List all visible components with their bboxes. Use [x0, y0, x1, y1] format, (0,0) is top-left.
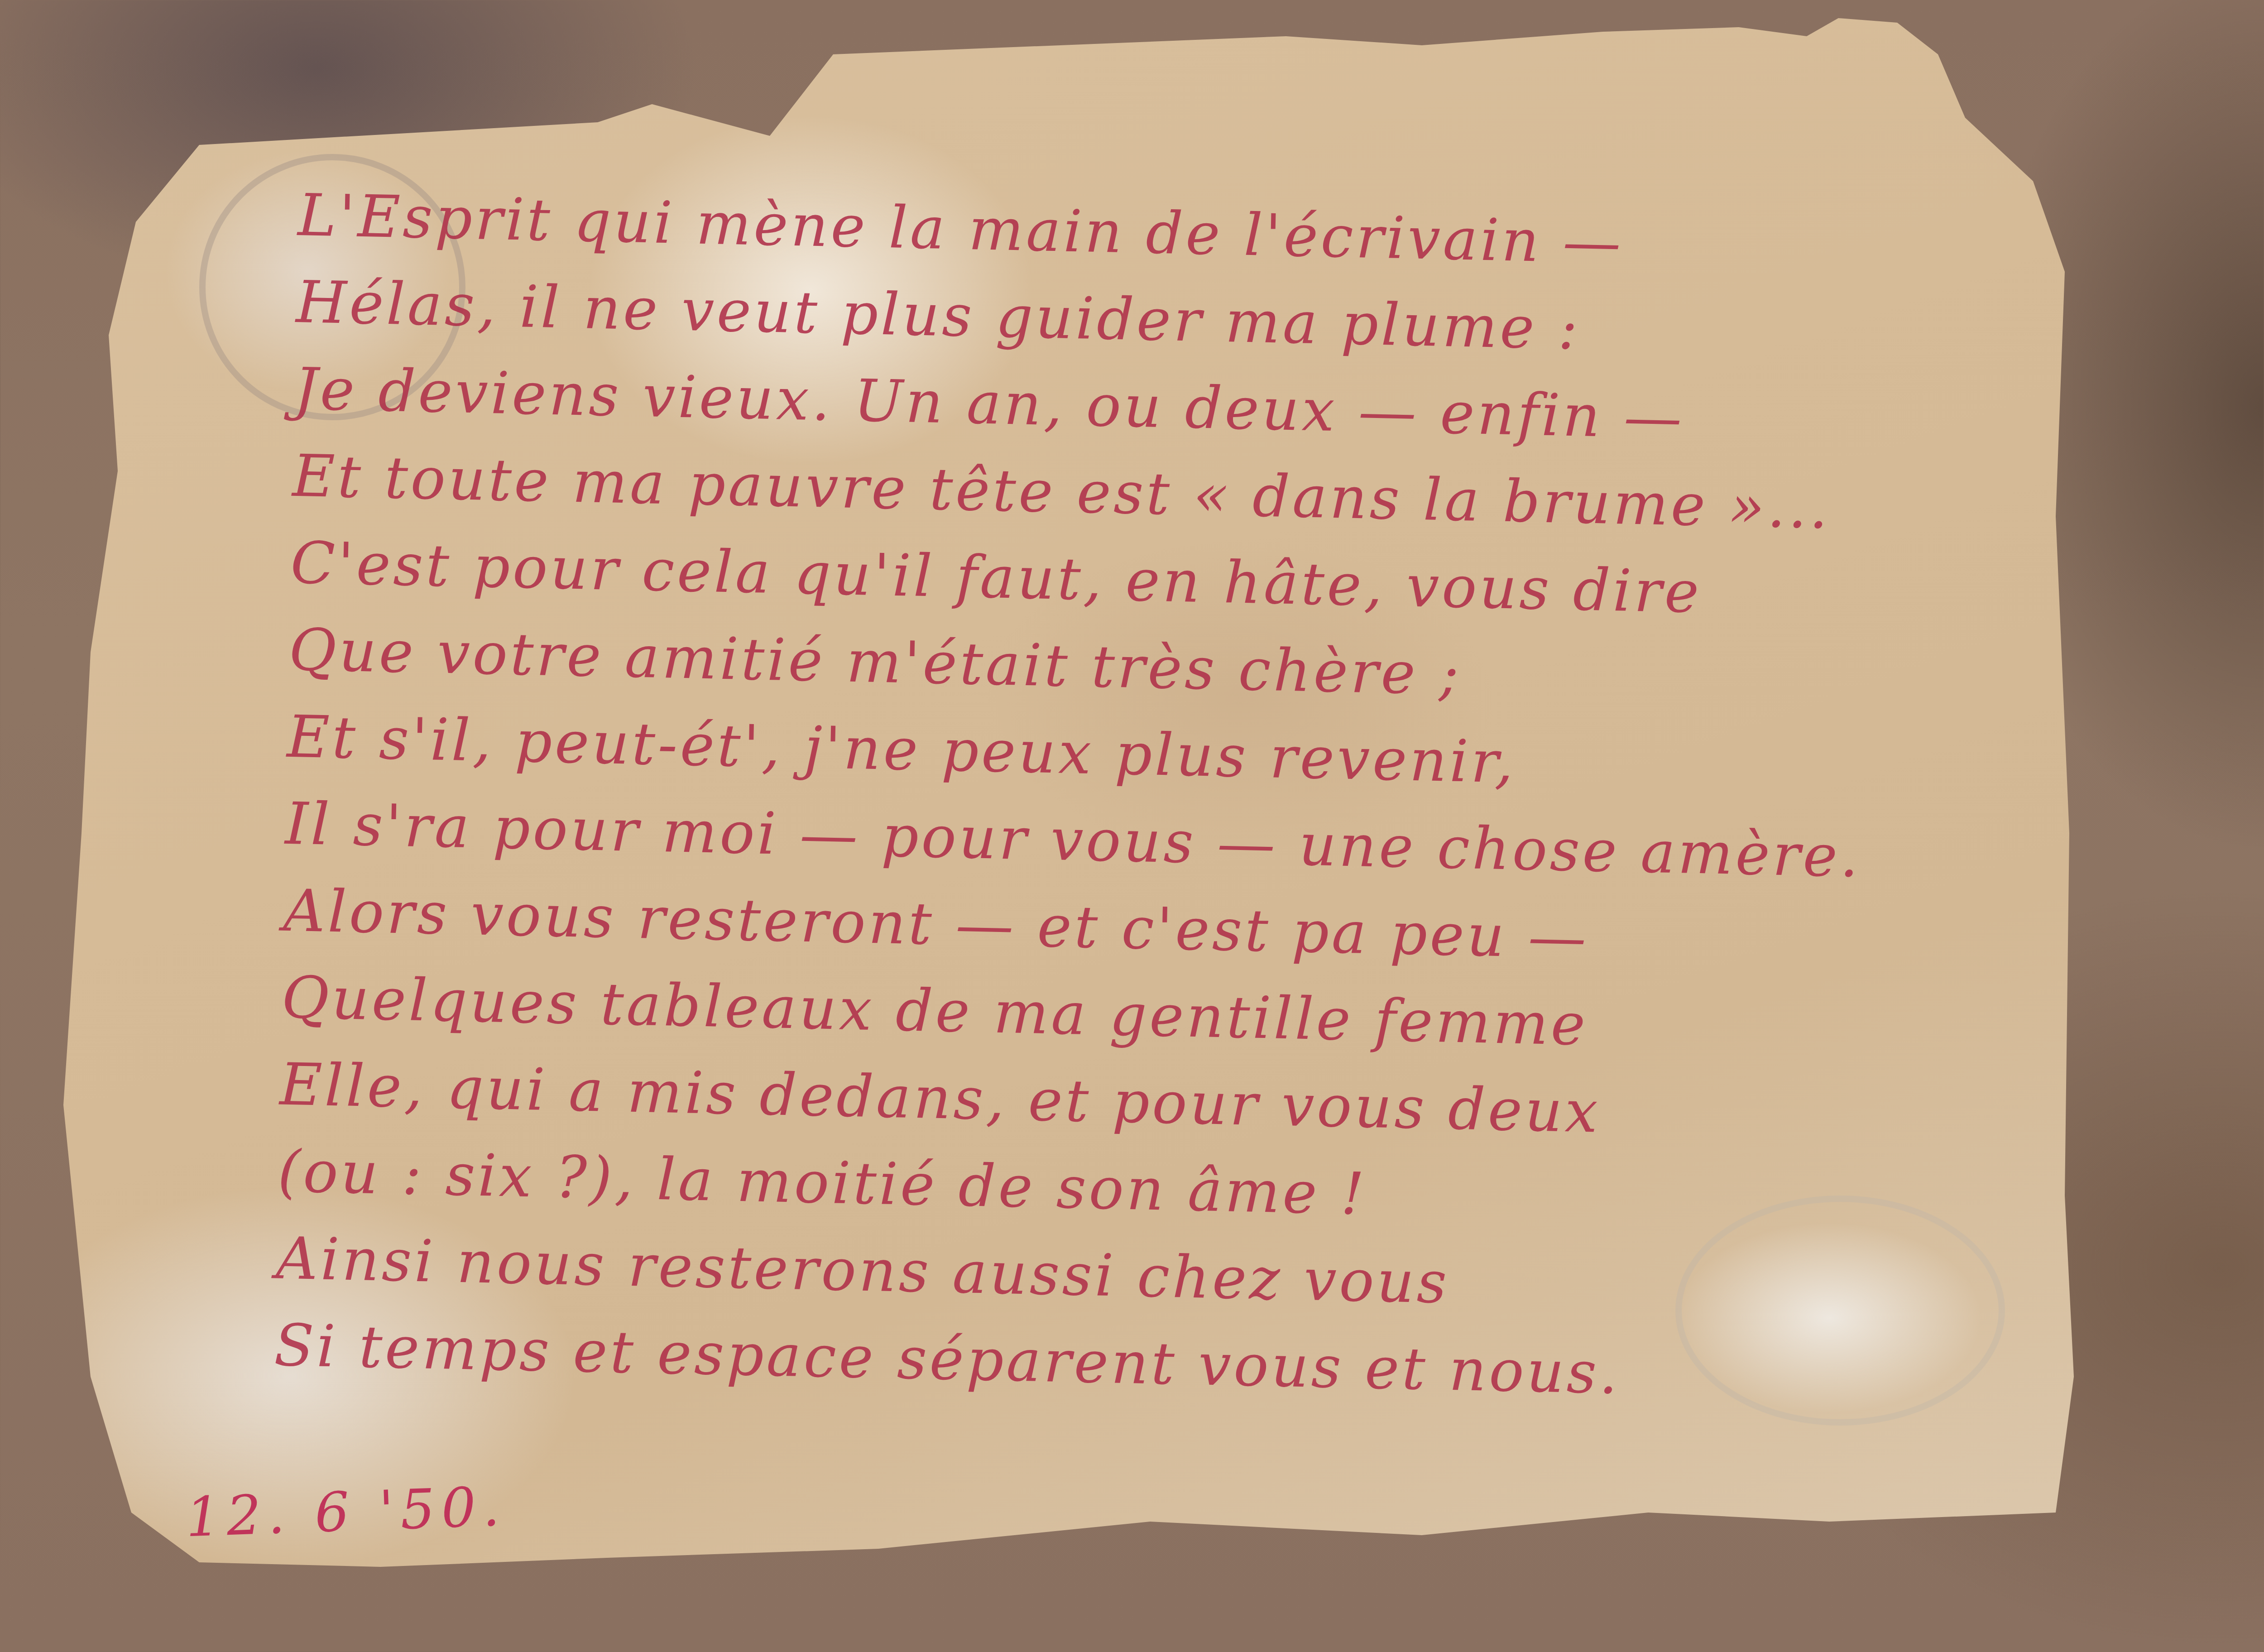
letter-date: 12. 6 '50. [185, 1475, 507, 1550]
letter-paper: L'Esprit qui mène la main de l'écrivain … [63, 18, 2074, 1567]
poem-text: L'Esprit qui mène la main de l'écrivain … [273, 172, 1875, 1422]
